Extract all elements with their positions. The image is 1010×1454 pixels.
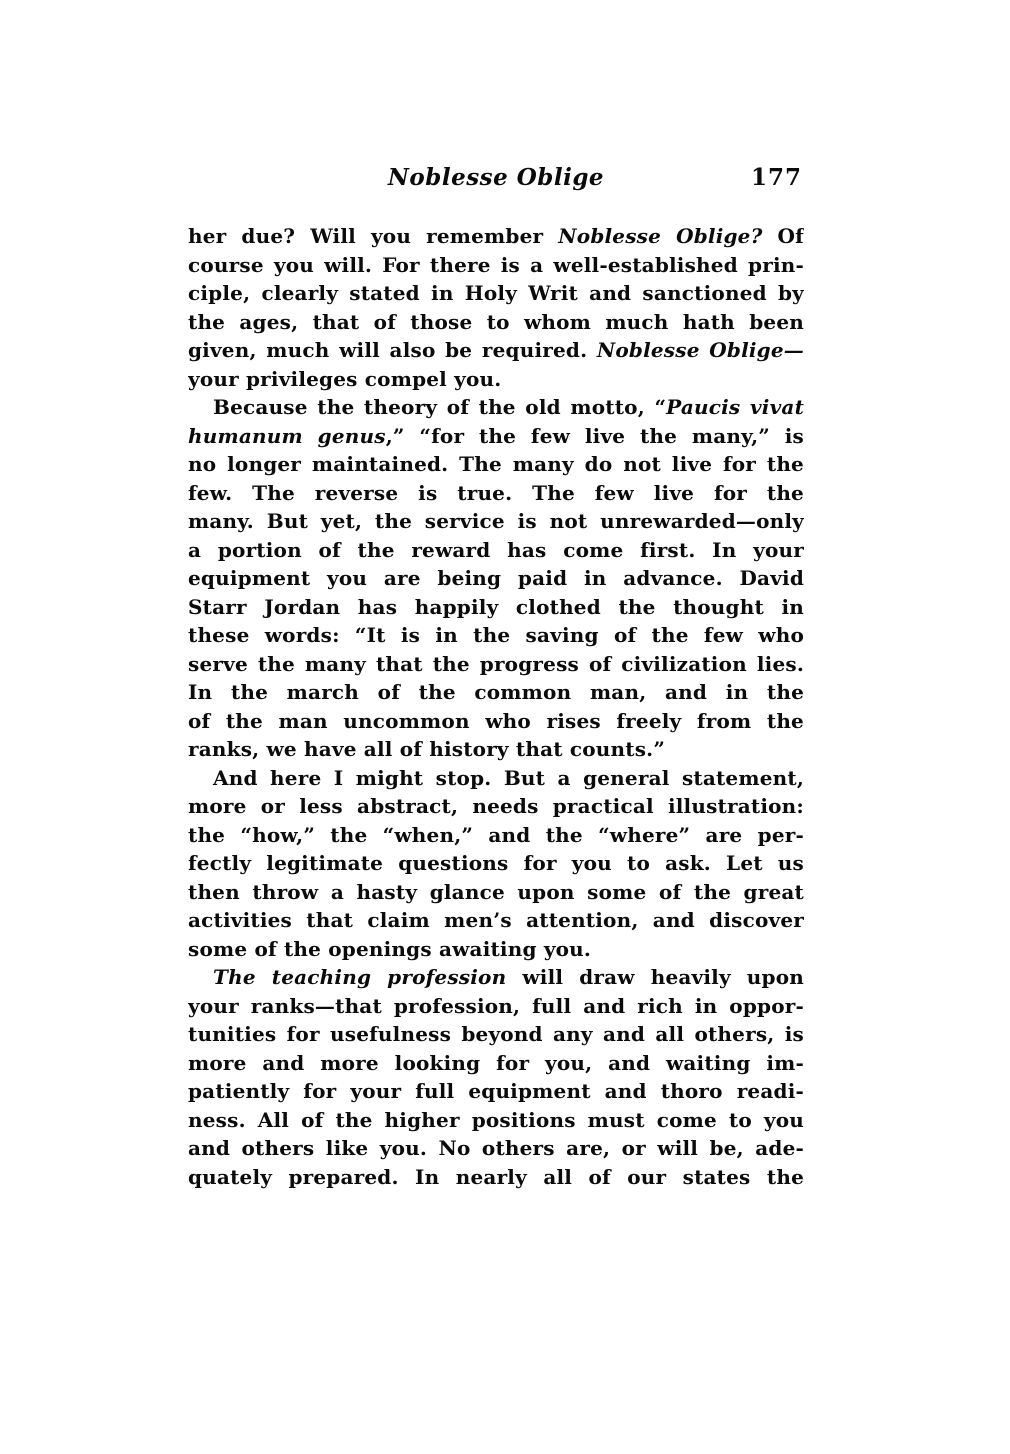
text-line: quately prepared. In nearly all of our s… bbox=[188, 1163, 804, 1192]
text-segment: then throw a hasty glance upon some of t… bbox=[188, 880, 804, 904]
italic-text-segment: Paucis vivat bbox=[666, 395, 804, 419]
text-segment: equipment you are being paid in advance.… bbox=[188, 566, 804, 590]
text-line: And here I might stop. But a general sta… bbox=[188, 764, 804, 793]
text-line: these words: “It is in the saving of the… bbox=[188, 621, 804, 650]
text-segment: your ranks—that profession, full and ric… bbox=[188, 994, 804, 1018]
text-line: ness. All of the higher positions must c… bbox=[188, 1106, 804, 1135]
text-line: of the man uncommon who rises freely fro… bbox=[188, 707, 804, 736]
text-segment: patiently for your full equipment and th… bbox=[188, 1079, 804, 1103]
text-segment: ranks, we have all of history that count… bbox=[188, 737, 665, 761]
text-line: equipment you are being paid in advance.… bbox=[188, 564, 804, 593]
text-line: the “how,” the “when,” and the “where” a… bbox=[188, 821, 804, 850]
text-segment: the ages, that of those to whom much hat… bbox=[188, 310, 804, 334]
text-line: and others like you. No others are, or w… bbox=[188, 1134, 804, 1163]
text-line: many. But yet, the service is not unrewa… bbox=[188, 507, 804, 536]
text-segment: quately prepared. In nearly all of our s… bbox=[188, 1165, 804, 1189]
text-line: your ranks—that profession, full and ric… bbox=[188, 992, 804, 1021]
text-segment: Of bbox=[763, 224, 804, 248]
text-segment: serve the many that the progress of civi… bbox=[188, 652, 804, 676]
text-line: her due? Will you remember Noblesse Obli… bbox=[188, 222, 804, 251]
text-segment: given, much will also be required. bbox=[188, 338, 597, 362]
text-segment: course you will. For there is a well-est… bbox=[188, 253, 804, 277]
text-segment: her due? Will you remember bbox=[188, 224, 558, 248]
text-segment: your privileges compel you. bbox=[188, 367, 501, 391]
text-segment: the “how,” the “when,” and the “where” a… bbox=[188, 823, 804, 847]
text-line: tunities for usefulness beyond any and a… bbox=[188, 1020, 804, 1049]
text-segment: ciple, clearly stated in Holy Writ and s… bbox=[188, 281, 804, 305]
text-line: Starr Jordan has happily clothed the tho… bbox=[188, 593, 804, 622]
text-segment: tunities for usefulness beyond any and a… bbox=[188, 1022, 804, 1046]
text-line: some of the openings awaiting you. bbox=[188, 935, 804, 964]
text-segment: no longer maintained. The many do not li… bbox=[188, 452, 804, 476]
text-segment: ,” “for the few live the many,” is bbox=[386, 424, 804, 448]
text-segment: Starr Jordan has happily clothed the tho… bbox=[188, 595, 804, 619]
text-segment: a portion of the reward has come first. … bbox=[188, 538, 804, 562]
text-segment: of the man uncommon who rises freely fro… bbox=[188, 709, 804, 733]
text-line: ciple, clearly stated in Holy Writ and s… bbox=[188, 279, 804, 308]
italic-text-segment: Noblesse Oblige? bbox=[558, 224, 762, 248]
text-line: your privileges compel you. bbox=[188, 365, 804, 394]
page-number: 177 bbox=[751, 164, 802, 191]
text-line: then throw a hasty glance upon some of t… bbox=[188, 878, 804, 907]
running-head-title: Noblesse Oblige bbox=[188, 164, 804, 191]
italic-text-segment: The teaching profession bbox=[213, 965, 506, 989]
text-segment: ness. All of the higher positions must c… bbox=[188, 1108, 804, 1132]
text-segment: activities that claim men’s attention, a… bbox=[188, 908, 804, 932]
book-page: Noblesse Oblige 177 her due? Will you re… bbox=[0, 0, 1010, 1454]
text-line: Because the theory of the old motto, “Pa… bbox=[188, 393, 804, 422]
text-line: patiently for your full equipment and th… bbox=[188, 1077, 804, 1106]
text-line: given, much will also be required. Noble… bbox=[188, 336, 804, 365]
text-segment: few. The reverse is true. The few live f… bbox=[188, 481, 804, 505]
text-segment: these words: “It is in the saving of the… bbox=[188, 623, 804, 647]
text-segment: And here I might stop. But a general sta… bbox=[213, 766, 804, 790]
text-segment: many. But yet, the service is not unrewa… bbox=[188, 509, 804, 533]
text-segment: and others like you. No others are, or w… bbox=[188, 1136, 804, 1160]
text-line: ranks, we have all of history that count… bbox=[188, 735, 804, 764]
text-line: a portion of the reward has come first. … bbox=[188, 536, 804, 565]
text-line: few. The reverse is true. The few live f… bbox=[188, 479, 804, 508]
text-line: The teaching profession will draw heavil… bbox=[188, 963, 804, 992]
text-line: serve the many that the progress of civi… bbox=[188, 650, 804, 679]
italic-text-segment: humanum genus bbox=[188, 424, 386, 448]
body-text: her due? Will you remember Noblesse Obli… bbox=[188, 222, 804, 1191]
page-header: Noblesse Oblige 177 bbox=[188, 164, 804, 198]
text-line: no longer maintained. The many do not li… bbox=[188, 450, 804, 479]
text-line: fectly legitimate questions for you to a… bbox=[188, 849, 804, 878]
text-line: the ages, that of those to whom much hat… bbox=[188, 308, 804, 337]
text-segment: more or less abstract, needs practical i… bbox=[188, 794, 804, 818]
text-line: activities that claim men’s attention, a… bbox=[188, 906, 804, 935]
text-line: humanum genus,” “for the few live the ma… bbox=[188, 422, 804, 451]
text-line: more or less abstract, needs practical i… bbox=[188, 792, 804, 821]
text-segment: some of the openings awaiting you. bbox=[188, 937, 591, 961]
text-segment: more and more looking for you, and waiti… bbox=[188, 1051, 804, 1075]
text-segment: fectly legitimate questions for you to a… bbox=[188, 851, 804, 875]
text-segment: In the march of the common man, and in t… bbox=[188, 680, 804, 707]
text-segment: will draw heavily upon bbox=[506, 965, 804, 989]
text-line: more and more looking for you, and waiti… bbox=[188, 1049, 804, 1078]
text-line: course you will. For there is a well-est… bbox=[188, 251, 804, 280]
text-segment: Because the theory of the old motto, “ bbox=[213, 395, 666, 419]
text-line: In the march of the common man, and in t… bbox=[188, 678, 804, 707]
italic-text-segment: Noblesse Oblige— bbox=[597, 338, 804, 362]
